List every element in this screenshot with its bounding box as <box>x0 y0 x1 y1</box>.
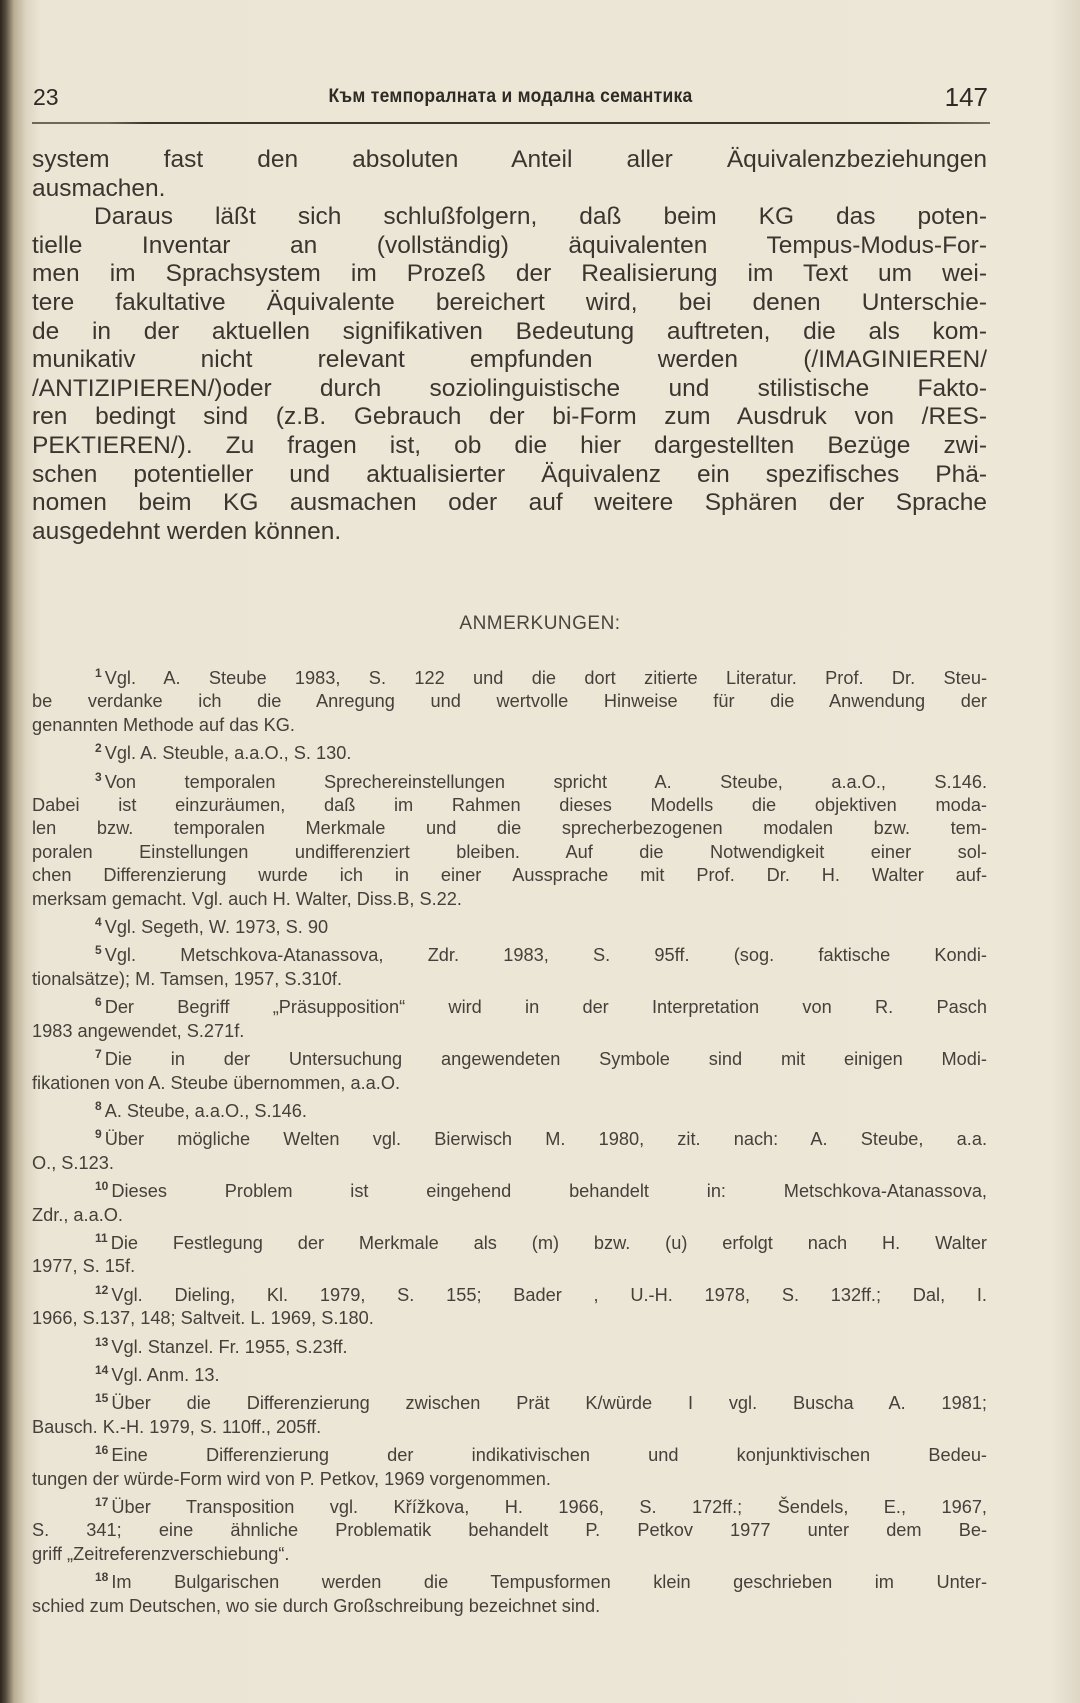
footnote-number: 3 <box>95 770 102 784</box>
text-line: tielle Inventar an (vollständig) äquival… <box>32 232 987 261</box>
footnote: 3Von temporalen Sprechereinstellungen sp… <box>32 766 987 911</box>
paragraph-1: system fast den absoluten Anteil aller Ä… <box>32 146 987 203</box>
footnote-line: O., S.123. <box>32 1152 987 1175</box>
text-line: munikativ nicht relevant empfunden werde… <box>32 346 987 375</box>
footnote-line: griff „Zeitreferenzverschiebung“. <box>32 1543 987 1566</box>
footnote-text: Der Begriff „Präsupposition“ wird in der… <box>105 997 987 1017</box>
footnote-line: 7Die in der Untersuchung angewendeten Sy… <box>32 1043 987 1071</box>
footnote-line: Bausch. K.-H. 1979, S. 110ff., 205ff. <box>32 1416 987 1439</box>
footnote: 4Vgl. Segeth, W. 1973, S. 90 <box>32 911 987 939</box>
footnote-line: 10Dieses Problem ist eingehend behandelt… <box>32 1175 987 1203</box>
footnote-text: Von temporalen Sprechereinstellungen spr… <box>105 772 987 792</box>
footnote-line: 14Vgl. Anm. 13. <box>32 1359 987 1387</box>
footnote-line: tungen der würde-Form wird von P. Petkov… <box>32 1468 987 1491</box>
footnote-number: 1 <box>95 666 102 680</box>
footnote-line: 12Vgl. Dieling, Kl. 1979, S. 155; Bader … <box>32 1279 987 1307</box>
footnote-text: Eine Differenzierung der indikativischen… <box>111 1445 987 1465</box>
text-line: Daraus läßt sich schlußfolgern, daß beim… <box>32 203 987 232</box>
footnote-line: be verdanke ich die Anregung und wertvol… <box>32 690 987 713</box>
page-number: 147 <box>945 82 988 113</box>
footnote: 17Über Transposition vgl. Křížkova, H. 1… <box>32 1491 987 1566</box>
footnote-number: 10 <box>95 1179 108 1193</box>
text-line: ausmachen. <box>32 175 987 204</box>
text-line: de in der aktuellen signifikativen Bedeu… <box>32 318 987 347</box>
footnote-text: Vgl. Segeth, W. 1973, S. 90 <box>105 917 328 937</box>
footnote: 8A. Steube, a.a.O., S.146. <box>32 1095 987 1123</box>
footnote-number: 6 <box>95 995 102 1009</box>
footnote-line: 1983 angewendet, S.271f. <box>32 1020 987 1043</box>
footnote: 16Eine Differenzierung der indikativisch… <box>32 1439 987 1491</box>
footnote-line: 15Über die Differenzierung zwischen Prät… <box>32 1387 987 1415</box>
footnote-line: 9Über mögliche Welten vgl. Bierwisch M. … <box>32 1123 987 1151</box>
footnote-line: poralen Einstellungen undifferenziert bl… <box>32 841 987 864</box>
footnote: 14Vgl. Anm. 13. <box>32 1359 987 1387</box>
running-header: 23 Към темпоралната и модална семантика … <box>33 84 988 118</box>
footnote-line: Dabei ist einzuräumen, daß im Rahmen die… <box>32 794 987 817</box>
footnote: 6Der Begriff „Präsupposition“ wird in de… <box>32 991 987 1043</box>
footnote-line: 1966, S.137, 148; Saltveit. L. 1969, S.1… <box>32 1307 987 1330</box>
footnote: 9Über mögliche Welten vgl. Bierwisch M. … <box>32 1123 987 1175</box>
footnote-number: 4 <box>95 915 102 929</box>
text-line: nomen beim KG ausmachen oder auf weitere… <box>32 489 987 518</box>
paragraph-2: Daraus läßt sich schlußfolgern, daß beim… <box>32 203 987 546</box>
footnote-line: 8A. Steube, a.a.O., S.146. <box>32 1095 987 1123</box>
footnote-number: 17 <box>95 1495 108 1509</box>
footnote-text: Die in der Untersuchung angewendeten Sym… <box>105 1049 987 1069</box>
footnote-line: genannten Methode auf das KG. <box>32 714 987 737</box>
footnote-line: 11Die Festlegung der Merkmale als (m) bz… <box>32 1227 987 1255</box>
footnote-line: Zdr., a.a.O. <box>32 1204 987 1227</box>
footnote-text: Vgl. A. Steuble, a.a.O., S. 130. <box>105 743 352 763</box>
footnote-line: S. 341; eine ähnliche Problematik behand… <box>32 1519 987 1542</box>
footnote-text: Die Festlegung der Merkmale als (m) bzw.… <box>111 1233 987 1253</box>
text-line: ausgedehnt werden können. <box>32 518 987 547</box>
text-line: PEKTIEREN/). Zu fragen ist, ob die hier … <box>32 432 987 461</box>
footnote: 2Vgl. A. Steuble, a.a.O., S. 130. <box>32 737 987 765</box>
footnote-line: 6Der Begriff „Präsupposition“ wird in de… <box>32 991 987 1019</box>
text-line: tere fakultative Äquivalente bereichert … <box>32 289 987 318</box>
footnote-line: 3Von temporalen Sprechereinstellungen sp… <box>32 766 987 794</box>
footnote-text: Über mögliche Welten vgl. Bierwisch M. 1… <box>105 1129 987 1149</box>
footnote: 12Vgl. Dieling, Kl. 1979, S. 155; Bader … <box>32 1279 987 1331</box>
footnote: 7Die in der Untersuchung angewendeten Sy… <box>32 1043 987 1095</box>
footnote-line: 18Im Bulgarischen werden die Tempusforme… <box>32 1566 987 1594</box>
footnote-line: 16Eine Differenzierung der indikativisch… <box>32 1439 987 1467</box>
footnote-line: fikationen von A. Steube übernommen, a.a… <box>32 1072 987 1095</box>
footnote-number: 15 <box>95 1391 108 1405</box>
footnote: 11Die Festlegung der Merkmale als (m) bz… <box>32 1227 987 1279</box>
footnote-line: 2Vgl. A. Steuble, a.a.O., S. 130. <box>32 737 987 765</box>
footnote-number: 8 <box>95 1099 102 1113</box>
footnote-text: Vgl. Metschkova-Atanassova, Zdr. 1983, S… <box>105 945 987 965</box>
footnote-number: 12 <box>95 1283 108 1297</box>
footnote-line: 13Vgl. Stanzel. Fr. 1955, S.23ff. <box>32 1331 987 1359</box>
footnote-number: 16 <box>95 1443 108 1457</box>
footnote-text: Über Transposition vgl. Křížkova, H. 196… <box>111 1497 987 1517</box>
footnote-text: Im Bulgarischen werden die Tempusformen … <box>111 1572 987 1592</box>
footnote-line: 1Vgl. A. Steube 1983, S. 122 und die dor… <box>32 662 987 690</box>
footnote-line: chen Differenzierung wurde ich in einer … <box>32 864 987 887</box>
footnote-line: len bzw. temporalen Merkmale und die spr… <box>32 817 987 840</box>
text-line: /ANTIZIPIEREN/)oder durch soziolinguisti… <box>32 375 987 404</box>
text-line: system fast den absoluten Anteil aller Ä… <box>32 146 987 175</box>
notes-heading: ANMERKUNGEN: <box>0 613 1080 635</box>
footnote-text: Über die Differenzierung zwischen Prät K… <box>111 1393 987 1413</box>
footnote: 13Vgl. Stanzel. Fr. 1955, S.23ff. <box>32 1331 987 1359</box>
footnote-text: Vgl. Anm. 13. <box>111 1365 219 1385</box>
footnote-text: Vgl. A. Steube 1983, S. 122 und die dort… <box>105 668 987 688</box>
footnote-number: 11 <box>95 1231 108 1245</box>
footnote: 1Vgl. A. Steube 1983, S. 122 und die dor… <box>32 662 987 737</box>
footnote-number: 5 <box>95 943 102 957</box>
footnote-text: A. Steube, a.a.O., S.146. <box>105 1101 307 1121</box>
footnote-text: Vgl. Dieling, Kl. 1979, S. 155; Bader , … <box>111 1285 987 1305</box>
footnotes-list: 1Vgl. A. Steube 1983, S. 122 und die dor… <box>32 662 987 1618</box>
issue-number: 23 <box>33 84 59 111</box>
footnote: 5Vgl. Metschkova-Atanassova, Zdr. 1983, … <box>32 939 987 991</box>
footnote-text: Vgl. Stanzel. Fr. 1955, S.23ff. <box>111 1337 347 1357</box>
header-rule <box>32 122 990 124</box>
book-page: 23 Към темпоралната и модална семантика … <box>0 0 1080 1703</box>
text-line: men im Sprachsystem im Prozeß der Realis… <box>32 260 987 289</box>
footnote: 10Dieses Problem ist eingehend behandelt… <box>32 1175 987 1227</box>
footnote-line: 1977, S. 15f. <box>32 1255 987 1278</box>
footnote-line: schied zum Deutschen, wo sie durch Großs… <box>32 1595 987 1618</box>
footnote-number: 2 <box>95 741 102 755</box>
footnote-number: 7 <box>95 1047 102 1061</box>
footnote-line: 17Über Transposition vgl. Křížkova, H. 1… <box>32 1491 987 1519</box>
footnote-line: tionalsätze); M. Tamsen, 1957, S.310f. <box>32 968 987 991</box>
text-line: ren bedingt sind (z.B. Gebrauch der bi-F… <box>32 403 987 432</box>
footnote-line: 4Vgl. Segeth, W. 1973, S. 90 <box>32 911 987 939</box>
footnote-number: 14 <box>95 1363 108 1377</box>
text-line: schen potentieller und aktualisierter Äq… <box>32 461 987 490</box>
footnote-number: 13 <box>95 1335 108 1349</box>
footnote-line: merksam gemacht. Vgl. auch H. Walter, Di… <box>32 888 987 911</box>
footnote-line: 5Vgl. Metschkova-Atanassova, Zdr. 1983, … <box>32 939 987 967</box>
footnote-number: 18 <box>95 1570 108 1584</box>
footnote-text: Dieses Problem ist eingehend behandelt i… <box>111 1181 987 1201</box>
body-text: system fast den absoluten Anteil aller Ä… <box>32 146 987 546</box>
footnote: 18Im Bulgarischen werden die Tempusforme… <box>32 1566 987 1618</box>
running-title: Към темпоралната и модална семантика <box>71 86 950 108</box>
footnote-number: 9 <box>95 1127 102 1141</box>
footnote: 15Über die Differenzierung zwischen Prät… <box>32 1387 987 1439</box>
